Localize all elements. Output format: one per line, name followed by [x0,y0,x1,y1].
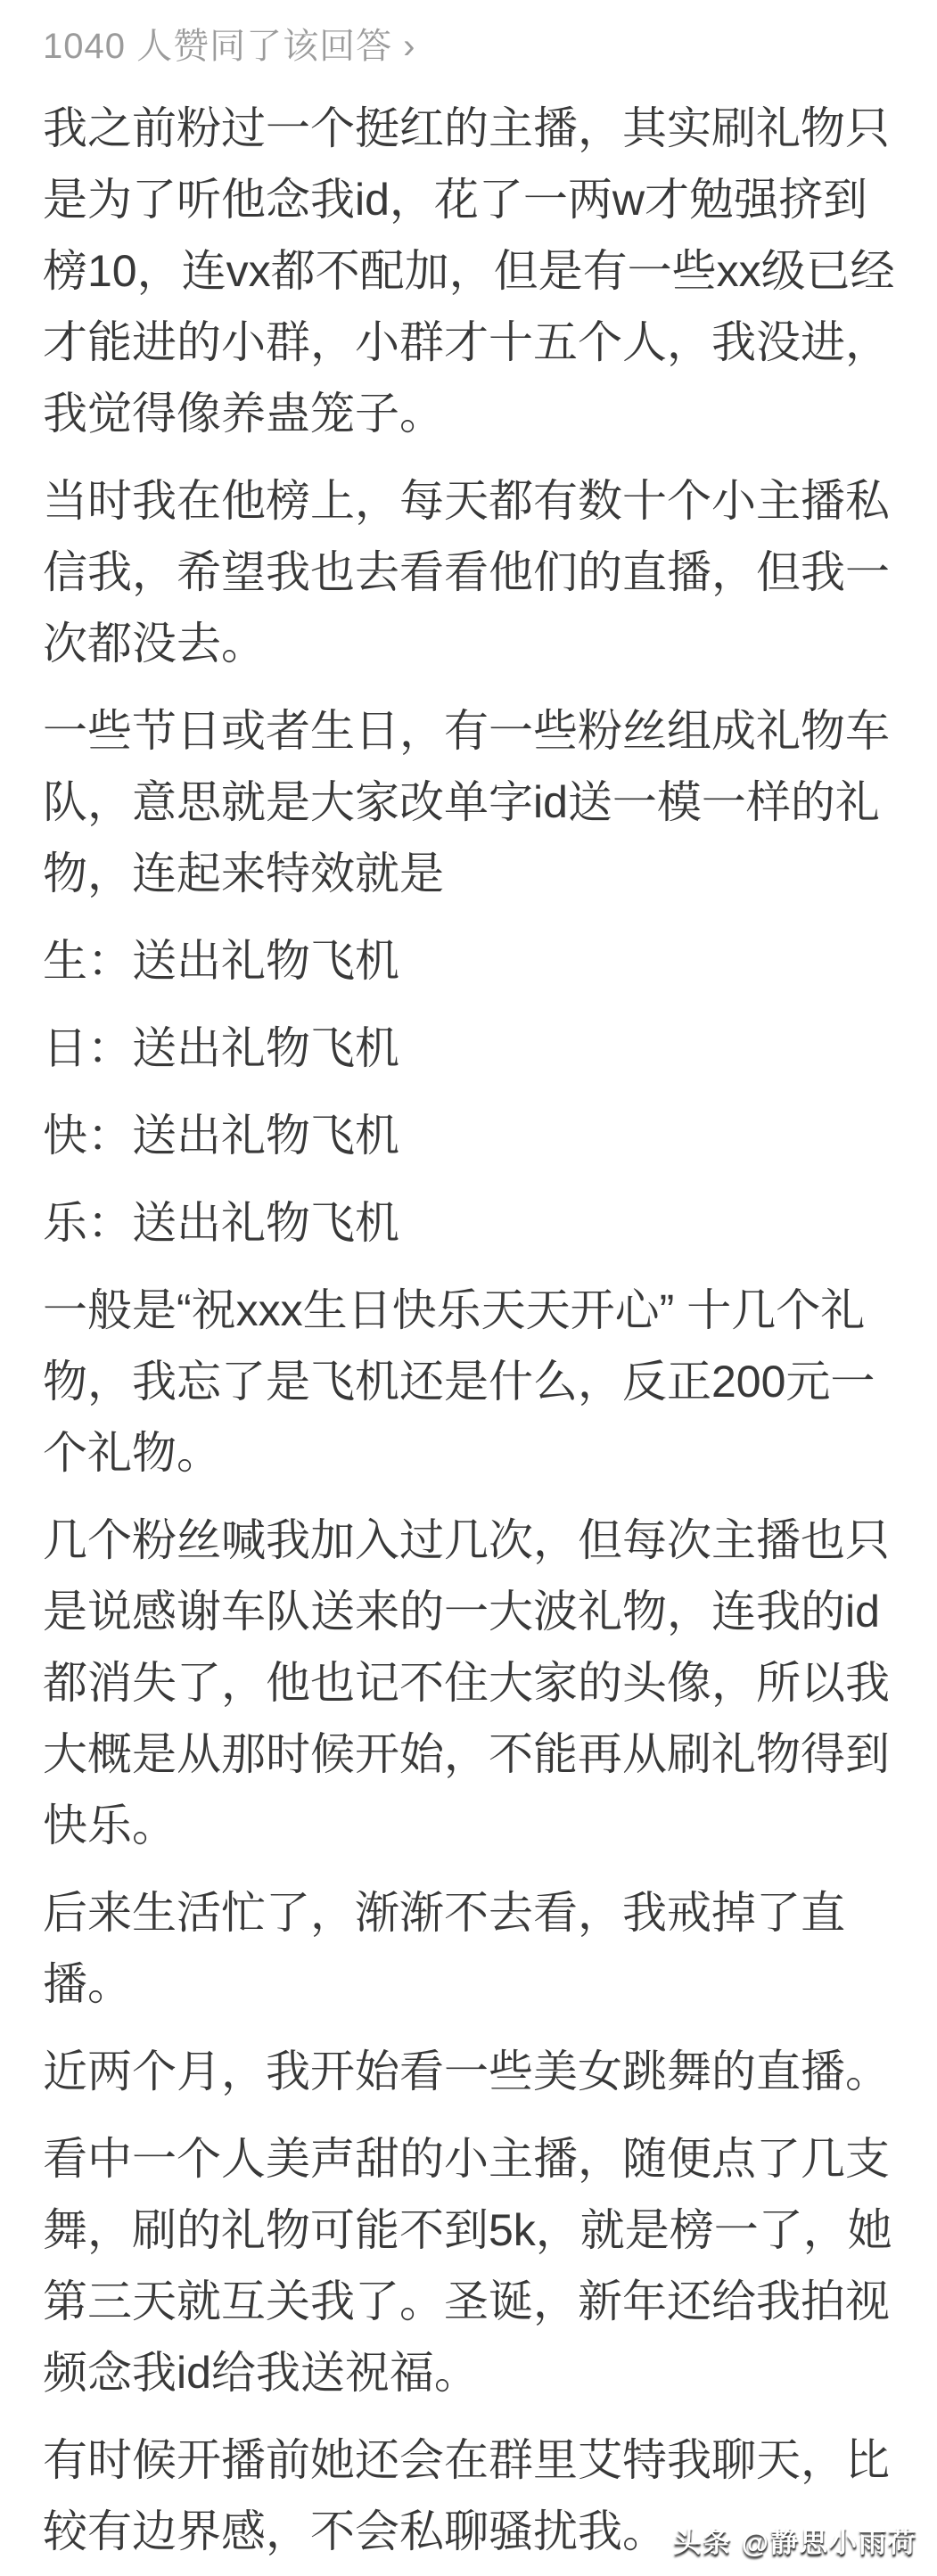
watermark-label: 头条 @静思小雨荷 [673,2527,917,2558]
chevron-right-icon: › [403,27,415,66]
upvote-count-banner[interactable]: 1040 人赞同了该回答› [43,25,415,68]
answer-paragraph: 生：送出礼物飞机 [43,925,921,997]
answer-paragraph: 一般是“祝xxx生日快乐天天开心” 十几个礼 物，我忘了是飞机还是什么，反正20… [43,1275,921,1489]
upvote-count-label: 1040 人赞同了该回答 [43,27,392,66]
answer-paragraph: 几个粉丝喊我加入过几次，但每次主播也只 是说感谢车队送来的一大波礼物，连我的id… [43,1505,921,1861]
answer-paragraph: 近两个月，我开始看一些美女跳舞的直播。 [43,2036,921,2107]
answer-paragraph: 后来生活忙了，渐渐不去看，我戒掉了直 播。 [43,1877,921,2020]
answer-paragraph: 一些节日或者生日，有一些粉丝组成礼物车 队，意思就是大家改单字id送一模一样的礼… [43,695,921,909]
answer-paragraph: 看中一个人美声甜的小主播，随便点了几支 舞，刷的礼物可能不到5k，就是榜一了，她… [43,2123,921,2408]
answer-screenshot-page: 1040 人赞同了该回答› 我之前粉过一个挺红的主播，其实刷礼物只 是为了听他念… [0,0,937,2576]
watermark: 头条 @静思小雨荷 [673,2520,917,2560]
answer-paragraph: 我之前粉过一个挺红的主播，其实刷礼物只 是为了听他念我id，花了一两w才勉强挤到… [43,93,921,449]
answer-paragraph: 快：送出礼物飞机 [43,1100,921,1171]
answer-paragraph: 乐：送出礼物飞机 [43,1187,921,1259]
answer-paragraph: 当时我在他榜上，每天都有数十个小主播私 信我，希望我也去看看他们的直播，但我一 … [43,465,921,679]
answer-paragraph: 日：送出礼物飞机 [43,1013,921,1084]
answer-body: 我之前粉过一个挺红的主播，其实刷礼物只 是为了听他念我id，花了一两w才勉强挤到… [43,93,921,2567]
